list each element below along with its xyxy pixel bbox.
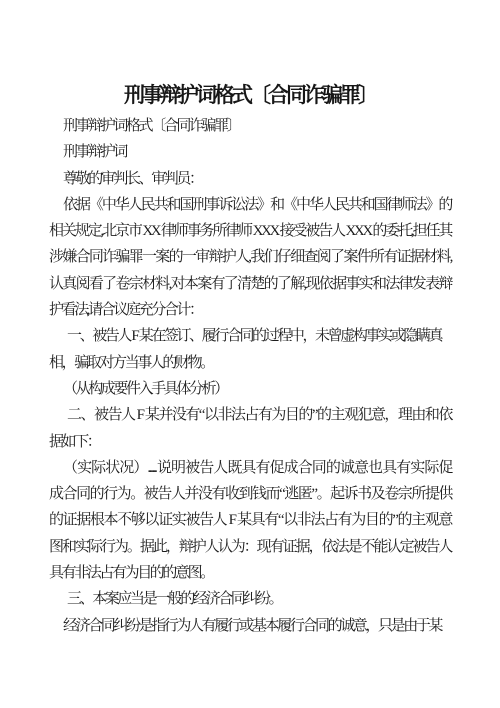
text-line: 尊敬的审判长、审判员： — [49, 166, 451, 192]
text-line: 图和实际行为。据此，辩护人认为：现有证据，依法是不能认定被告人 — [49, 534, 451, 560]
text-line: 的证据根本不够以证实被告人 F 某具有“以非法占有为目的”的主观意 — [49, 507, 451, 533]
text-line: 相关规定,北京市 XX 律师事务所律师 XXX 接受被告人 XXX 的委托,担任… — [49, 218, 451, 244]
text-line: 涉嫌合同诈骗罪一案的一审辩护人,我们仔细查阅了案件所有证据材料, — [49, 244, 451, 270]
document-title: 刑事辩护词格式〔合同诈骗罪〕 — [49, 81, 451, 110]
text-line: 成合同的行为。被告人并没有收到钱而“逃匿”。起诉书及卷宗所提供 — [49, 481, 451, 507]
document-page: 刑事辩护词格式〔合同诈骗罪〕 刑事辩护词格式〔合同诈骗罪〕刑事辩护词尊敬的审判长… — [0, 0, 500, 708]
text-line: 经济合同纠纷是指行为人有履行或基本履行合同的诚意，只是由于某 — [49, 613, 451, 639]
text-line: （实际状况）......说明被告人既具有促成合同的诚意也具有实际促 — [49, 455, 451, 481]
text-line: 护看法,请合议庭充分合计： — [49, 297, 451, 323]
text-line: 二、被告人 F 某并没有“以非法占有为目的”的主观犯意，理由和依 — [49, 402, 451, 428]
text-line: 刑事辩护词 — [49, 139, 451, 165]
document-body: 刑事辩护词格式〔合同诈骗罪〕刑事辩护词尊敬的审判长、审判员：依据《中华人民共和国… — [49, 113, 451, 639]
text-line: 依据《中华人民共和国刑事诉讼法》和《中华人民共和国律师法》的 — [49, 192, 451, 218]
text-line: 认真阅看了卷宗材料,对本案有了清楚的了解,现依据事实和法律发表辩 — [49, 271, 451, 297]
text-line: 据如下： — [49, 429, 451, 455]
text-line: 一、被告人 F 某在签订、履行合同的过程中，未曾虚构事实或隐瞒真 — [49, 323, 451, 349]
text-line: 三、本案应当是一般的经济合同纠纷。 — [49, 586, 451, 612]
text-line: 刑事辩护词格式〔合同诈骗罪〕 — [49, 113, 451, 139]
text-line: 相，骗取对方当事人的财物。 — [49, 350, 451, 376]
text-line: 具有非法占有为目的的意图。 — [49, 560, 451, 586]
text-line: （从构成要件入手具体分析） — [49, 376, 451, 402]
